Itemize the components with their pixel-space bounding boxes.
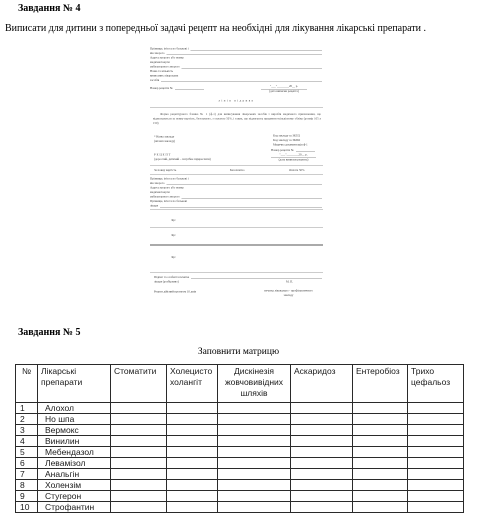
matrix-cell	[111, 425, 167, 436]
matrix-cell	[167, 447, 218, 458]
recipe-subtitle: (дорослий, дитячий – потрібне підкреслит…	[154, 158, 211, 163]
matrix-cell	[291, 480, 353, 491]
med-doc: Медична документація ф-1	[273, 143, 323, 148]
stub-drugs-line3: засобів	[150, 79, 159, 84]
tear-line-label: лінія відриву	[150, 99, 323, 104]
table-row: 4 Винилин	[16, 436, 464, 447]
pay-free-label: Безоплатно	[230, 169, 245, 174]
matrix-cell	[167, 502, 218, 513]
matrix-cell	[408, 436, 464, 447]
matrix-cell	[111, 447, 167, 458]
recipe-date-caption: (дата виписки рецепта)	[271, 158, 316, 163]
row-number: 6	[16, 458, 38, 469]
matrix-cell	[291, 425, 353, 436]
matrix-cell	[408, 458, 464, 469]
matrix-cell	[408, 491, 464, 502]
col-header-trichocephalosis: Трихо цефальоз	[408, 365, 464, 403]
matrix-cell	[408, 469, 464, 480]
table-header-row: № Лікарські препарати Стоматити Холецист…	[16, 365, 464, 403]
matrix-cell	[111, 436, 167, 447]
stamp-note-line2: закладу	[254, 294, 323, 299]
matrix-cell	[111, 502, 167, 513]
matrix-cell	[353, 502, 408, 513]
matrix-cell	[111, 403, 167, 414]
recipe-number-block: Номер рецепта № "___"________20__ р. (да…	[271, 149, 316, 163]
drug-name: Вермокс	[38, 425, 111, 436]
col-header-drugs: Лікарські препарати	[38, 365, 111, 403]
codes-block: Код закладу за ЗКУД Код закладу за ЗКПО …	[273, 134, 323, 148]
matrix-cell	[353, 447, 408, 458]
matrix-cell	[218, 458, 291, 469]
table-row: 5 Мебендазол	[16, 447, 464, 458]
validity-note: Рецепт дійсний протягом 10 днів	[154, 290, 196, 295]
row-number: 7	[16, 469, 38, 480]
rp-entry-2: Rp:	[172, 234, 176, 239]
matrix-cell	[291, 502, 353, 513]
drug-name: Мебендазол	[38, 447, 111, 458]
matrix-cell	[167, 491, 218, 502]
row-number: 2	[16, 414, 38, 425]
matrix-cell	[167, 458, 218, 469]
matrix-cell	[218, 436, 291, 447]
matrix-cell	[408, 502, 464, 513]
drug-name: Строфантин	[38, 502, 111, 513]
col-header-dyskinesia: Дискінезія жовчовивідних шляхів	[218, 365, 291, 403]
matrix-cell	[408, 403, 464, 414]
recipe-header: РЕЦЕПТ (дорослий, дитячий – потрібне під…	[154, 153, 211, 162]
drug-name: Но шпа	[38, 414, 111, 425]
drug-name: Стугерон	[38, 491, 111, 502]
matrix-cell	[111, 414, 167, 425]
stub-date-caption: (дата виписки рецепта)	[261, 90, 307, 95]
matrix-cell	[353, 480, 408, 491]
tear-rule	[150, 108, 323, 109]
matrix-cell	[353, 414, 408, 425]
matrix-cell	[408, 425, 464, 436]
rp-entry-1: Rp:	[172, 219, 176, 224]
row-number: 1	[16, 403, 38, 414]
matrix-cell	[167, 436, 218, 447]
matrix-cell	[353, 458, 408, 469]
matrix-cell	[167, 480, 218, 491]
row-number: 3	[16, 425, 38, 436]
matrix-cell	[111, 469, 167, 480]
rule	[150, 166, 323, 167]
matrix-cell	[353, 403, 408, 414]
matrix-cell	[291, 447, 353, 458]
row-number: 10	[16, 502, 38, 513]
matrix-cell	[167, 414, 218, 425]
rp-entry-3: Rp:	[172, 256, 176, 261]
col-header-cholecysto: Холецисто холангіт	[167, 365, 218, 403]
mp-label: М. П.	[286, 280, 293, 285]
task4-description: Виписати для дитини з попередньої задачі…	[5, 23, 473, 34]
table-row: 9 Стугерон	[16, 491, 464, 502]
drug-name: Алохол	[38, 403, 111, 414]
row-number: 8	[16, 480, 38, 491]
matrix-cell	[167, 403, 218, 414]
form-note: Форма рецептурного бланка № 1 (ф-1) для …	[153, 113, 321, 127]
matrix-cell	[291, 491, 353, 502]
signature-line2: лікаря (розбірливо)	[154, 280, 179, 285]
matrix-cell	[218, 403, 291, 414]
table-row: 8 Холензім	[16, 480, 464, 491]
prescription-form: Прізвище, ім'я та по батькові і вік хвор…	[150, 47, 324, 301]
matrix-cell	[291, 458, 353, 469]
row-number: 9	[16, 491, 38, 502]
drug-name: Винилин	[38, 436, 111, 447]
table-row: 3 Вермокс	[16, 425, 464, 436]
matrix-cell	[218, 425, 291, 436]
drug-name: Левамізол	[38, 458, 111, 469]
matrix-cell	[291, 403, 353, 414]
stamp-note: печатка лікувально - профілактичного зак…	[254, 289, 323, 298]
col-header-enterobiasis: Ентеробіоз	[353, 365, 408, 403]
matrix-cell	[291, 414, 353, 425]
pay-half-label: Оплата 50%	[289, 169, 304, 174]
table-row: 2 Но шпа	[16, 414, 464, 425]
patient-block: Прізвище, ім'я та по батькові і вік хвор…	[150, 177, 323, 209]
col-header-ascariasis: Аскаридоз	[291, 365, 353, 403]
matrix-cell	[111, 491, 167, 502]
matrix-cell	[167, 425, 218, 436]
row-number: 5	[16, 447, 38, 458]
drug-matrix-table: № Лікарські препарати Стоматити Холецист…	[15, 364, 464, 513]
signature-block: Підпис та особиста печатка лікаря (розбі…	[154, 276, 323, 285]
table-row: 7 Анальгін	[16, 469, 464, 480]
pay-full-label: За повну вартість	[154, 169, 176, 174]
col-header-stomatitis: Стоматити	[111, 365, 167, 403]
table-row: 6 Левамізол	[16, 458, 464, 469]
matrix-cell	[408, 447, 464, 458]
task5-subtitle: Заповнити матрицю	[0, 347, 477, 357]
doctor-line2: лікаря	[150, 204, 158, 209]
matrix-cell	[111, 458, 167, 469]
matrix-cell	[218, 447, 291, 458]
table-row: 1 Алохол	[16, 403, 464, 414]
matrix-cell	[218, 491, 291, 502]
institution-stamp: (штамп закладу)	[154, 140, 175, 145]
matrix-cell	[218, 502, 291, 513]
matrix-cell	[353, 436, 408, 447]
matrix-cell	[167, 469, 218, 480]
task4-title: Завдання № 4	[18, 3, 80, 14]
matrix-cell	[218, 469, 291, 480]
drug-name: Анальгін	[38, 469, 111, 480]
matrix-cell	[353, 425, 408, 436]
rule	[150, 175, 323, 176]
matrix-cell	[408, 480, 464, 491]
rule-thick	[150, 245, 323, 246]
drug-name: Холензім	[38, 480, 111, 491]
stub-date-block: "___"________20__ р. (дата виписки рецеп…	[261, 85, 307, 95]
table-row: 10 Строфантин	[16, 502, 464, 513]
matrix-cell	[291, 469, 353, 480]
matrix-cell	[218, 480, 291, 491]
matrix-cell	[218, 414, 291, 425]
stub-recipe-number-label: Номер рецепта №	[150, 87, 173, 92]
matrix-cell	[353, 469, 408, 480]
row-number: 4	[16, 436, 38, 447]
rule	[150, 272, 323, 273]
rule	[150, 228, 323, 229]
rule	[150, 209, 323, 210]
matrix-cell	[291, 436, 353, 447]
matrix-cell	[111, 480, 167, 491]
task5-title: Завдання № 5	[18, 327, 80, 338]
institution-block: * Назва закладу (штамп закладу)	[154, 135, 175, 144]
matrix-cell	[353, 491, 408, 502]
col-header-number: №	[16, 365, 38, 403]
matrix-cell	[408, 414, 464, 425]
